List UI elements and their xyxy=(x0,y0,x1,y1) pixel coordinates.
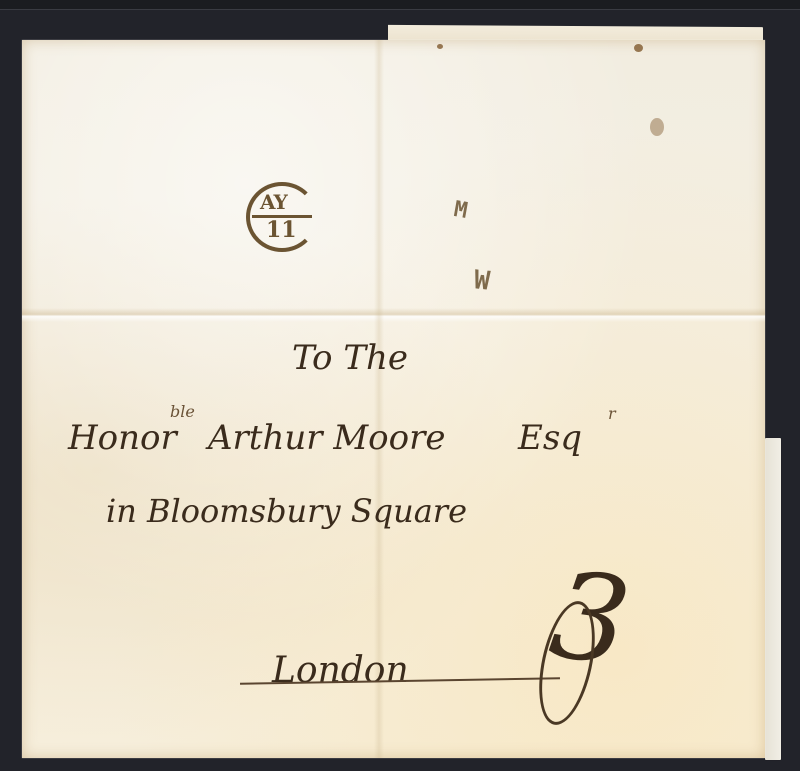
address-line-2-superscript: ble xyxy=(170,402,195,421)
ink-spot xyxy=(437,44,443,49)
ink-spot xyxy=(634,44,643,52)
rear-sheet-edge xyxy=(765,438,781,760)
address-line-4-city: London xyxy=(272,650,409,691)
addressee-name: Arthur Moore xyxy=(208,418,445,458)
bishop-mark-month: AY xyxy=(260,192,287,212)
address-line-1: To The xyxy=(292,338,408,378)
letter-cover: AY 11 M W To The Honor ble Arthur Moore … xyxy=(22,40,765,758)
address-line-2-suffix-superscript: r xyxy=(608,404,616,423)
address-line-3: in Bloomsbury Square xyxy=(106,492,467,530)
address-line-2-prefix: Honor xyxy=(68,418,177,458)
faint-handstamp-lower: W xyxy=(472,265,491,296)
bishop-mark-handstamp: AY 11 xyxy=(246,182,318,252)
foxing-stain xyxy=(650,118,664,136)
address-line-2-suffix: Esq xyxy=(518,418,582,458)
scan-top-edge xyxy=(0,0,800,10)
faint-handstamp-upper: M xyxy=(452,197,469,224)
bishop-mark-day: 11 xyxy=(266,219,297,241)
horizontal-fold xyxy=(22,308,765,322)
